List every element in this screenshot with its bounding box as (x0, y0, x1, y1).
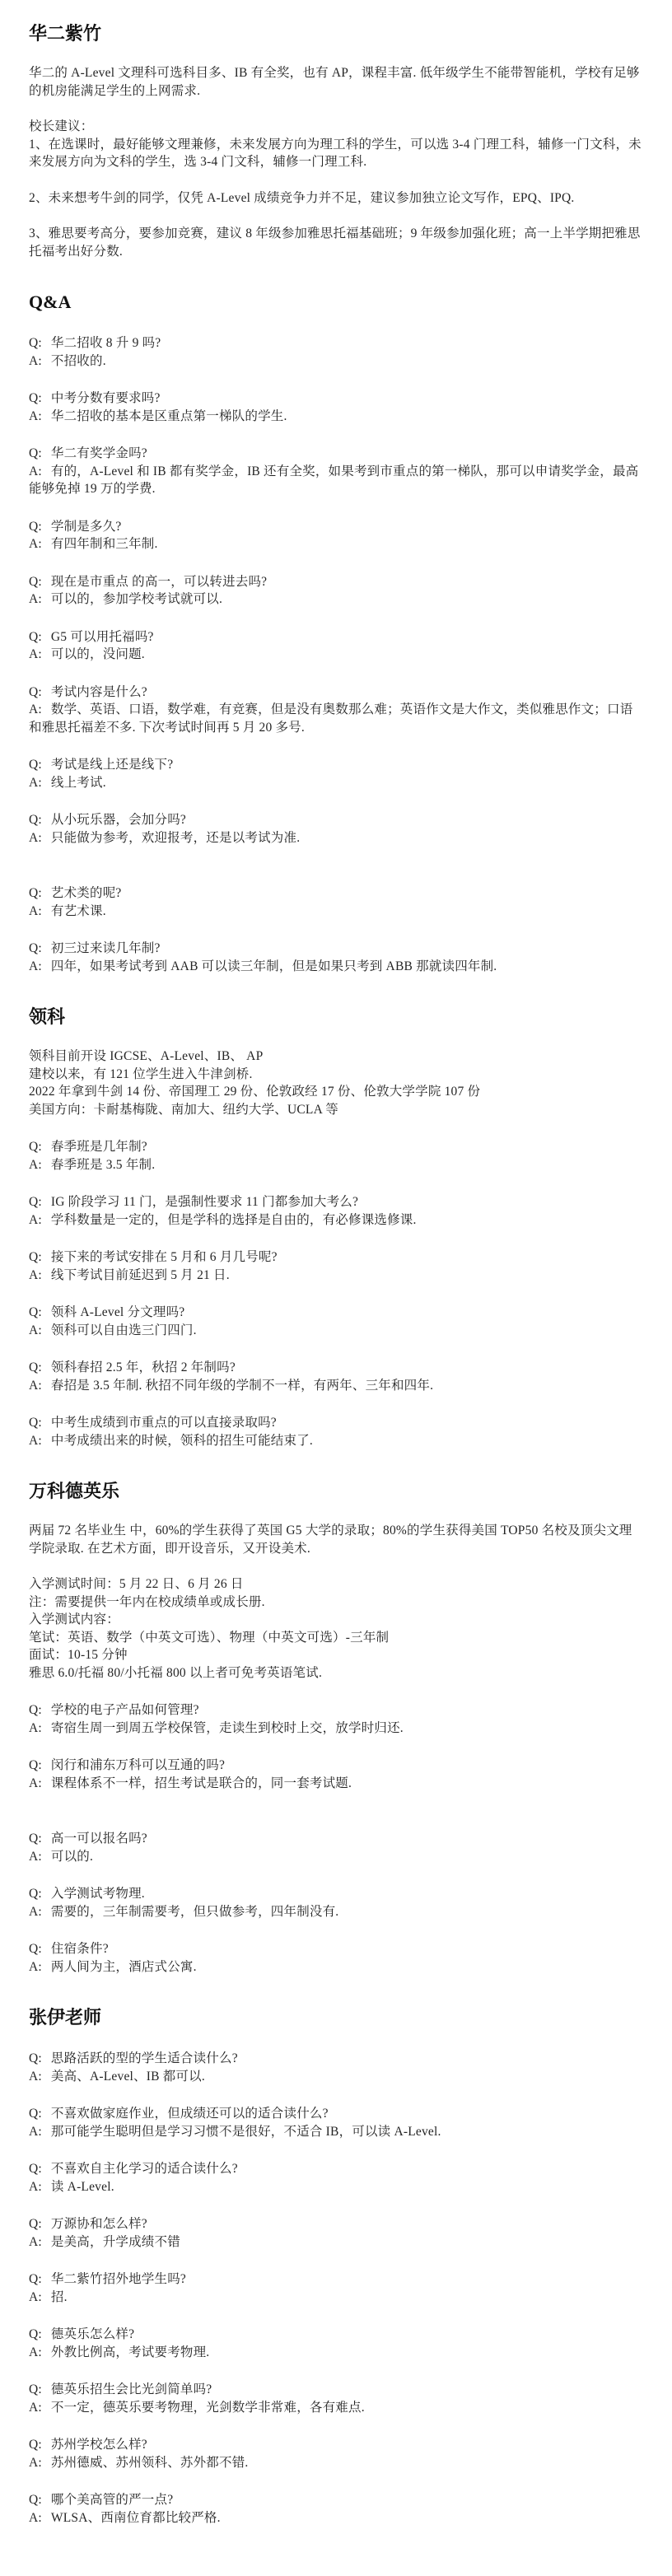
question-label: Q: (29, 1942, 42, 1956)
answer-row: A:学科数量是一定的，但是学科的选择是自由的，有必修课选修课. (29, 1211, 645, 1230)
section-lingke: 领科领科目前开设 IGCSE、A-Level、IB、 AP建校以来，有 121 … (29, 1005, 645, 1449)
question-label: Q: (29, 813, 42, 827)
answer-label: A: (29, 959, 42, 973)
question-label: Q: (29, 1250, 42, 1264)
answer-label: A: (29, 1776, 42, 1790)
question-text: 考试是线上还是线下? (51, 758, 173, 772)
question-label: Q: (29, 336, 42, 350)
answer-label: A: (29, 592, 42, 606)
question-label: Q: (29, 1832, 42, 1846)
text-line: 1、在选课时，最好能够文理兼修，未来发展方向为理工科的学生，可以选 3-4 门理… (29, 136, 645, 171)
answer-row: A:不一定，德英乐要考物理，光剑数学非常难，各有难点. (29, 2399, 645, 2417)
qa-item: Q:华二有奖学金吗?A:有的，A-Level 和 IB 都有奖学金，IB 还有全… (29, 445, 645, 498)
qa-item: Q:现在是市重点 的高一，可以转进去吗?A:可以的，参加学校考试就可以. (29, 573, 645, 609)
question-text: 现在是市重点 的高一，可以转进去吗? (51, 575, 267, 589)
section-huaer-zizhu: 华二紫竹华二的 A-Level 文理科可选科目多、IB 有全奖，也有 AP，课程… (29, 21, 645, 260)
qa-item: Q:不喜欢自主化学习的适合读什么?A:读 A-Level. (29, 2160, 645, 2196)
text-line: 2、未来想考牛剑的同学，仅凭 A-Level 成绩竞争力并不足，建议参加独立论文… (29, 189, 645, 208)
answer-label: A: (29, 409, 42, 423)
qa-item: Q:华二紫竹招外地学生吗?A:招. (29, 2270, 645, 2306)
qa-item: Q:接下来的考试安排在 5 月和 6 月几号呢?A:线下考试目前延迟到 5 月 … (29, 1248, 645, 1284)
answer-text: 是美高，升学成绩不错 (51, 2235, 180, 2249)
question-text: 思路活跃的型的学生适合读什么? (51, 2051, 238, 2065)
question-row: Q:考试是线上还是线下? (29, 756, 645, 774)
text-line: 入学测试时间：5 月 22 日、6 月 26 日 (29, 1575, 645, 1594)
answer-row: A:那可能学生聪明但是学习习惯不是很好，不适合 IB，可以读 A-Level. (29, 2123, 645, 2141)
section-title-lingke: 领科 (29, 1005, 645, 1029)
answer-text: 不招收的. (51, 354, 106, 368)
answer-label: A: (29, 831, 42, 845)
answer-row: A:有艺术课. (29, 903, 645, 921)
answer-row: A:外教比例高，考试要考物理. (29, 2344, 645, 2362)
answer-row: A:只能做为参考，欢迎报考，还是以考试为准. (29, 829, 645, 847)
question-row: Q:哪个美高管的严一点? (29, 2491, 645, 2509)
question-row: Q:艺术类的呢? (29, 884, 645, 903)
answer-row: A:读 A-Level. (29, 2178, 645, 2196)
qa-item: Q:领科 A-Level 分文理吗?A:领科可以自由选三门四门. (29, 1304, 645, 1339)
qa-item: Q:德英乐怎么样?A:外教比例高，考试要考物理. (29, 2326, 645, 2361)
question-text: 德英乐怎么样? (51, 2327, 134, 2341)
qa-item: Q:万源协和怎么样?A:是美高，升学成绩不错 (29, 2215, 645, 2251)
answer-row: A:有四年制和三年制. (29, 535, 645, 553)
question-label: Q: (29, 758, 42, 772)
answer-label: A: (29, 1213, 42, 1227)
qa-item: Q:华二招收 8 升 9 吗?A:不招收的. (29, 334, 645, 370)
answer-row: A:美高、A-Level、IB 都可以. (29, 2068, 645, 2086)
question-label: Q: (29, 446, 42, 460)
answer-label: A: (29, 776, 42, 790)
answer-text: 中考成绩出来的时候，领科的招生可能结束了. (51, 1434, 313, 1448)
answer-label: A: (29, 2235, 42, 2249)
answer-text: 只能做为参考，欢迎报考，还是以考试为准. (51, 831, 300, 845)
question-row: Q:学校的电子产品如何管理? (29, 1701, 645, 1720)
question-label: Q: (29, 1416, 42, 1430)
question-row: Q:华二招收 8 升 9 吗? (29, 334, 645, 352)
answer-row: A:招. (29, 2289, 645, 2307)
text-line: 雅思 6.0/托福 80/小托福 800 以上者可免考英语笔试. (29, 1664, 645, 1682)
section-title-huaer-zizhu: 华二紫竹 (29, 21, 645, 46)
answer-label: A: (29, 2180, 42, 2194)
answer-text: 线上考试. (51, 776, 106, 790)
answer-label: A: (29, 2456, 42, 2470)
question-row: Q:接下来的考试安排在 5 月和 6 月几号呢? (29, 1248, 645, 1267)
question-text: 德英乐招生会比光剑简单吗? (51, 2382, 212, 2396)
qa-item: Q:从小玩乐器，会加分吗?A:只能做为参考，欢迎报考，还是以考试为准. (29, 811, 645, 847)
question-row: Q:思路活跃的型的学生适合读什么? (29, 2050, 645, 2068)
question-row: Q:不喜欢自主化学习的适合读什么? (29, 2160, 645, 2178)
answer-label: A: (29, 904, 42, 918)
question-row: Q:IG 阶段学习 11 门，是强制性要求 11 门都参加大考么? (29, 1193, 645, 1211)
answer-text: 课程体系不一样，招生考试是联合的，同一套考试题. (51, 1776, 352, 1790)
answer-text: 有艺术课. (51, 904, 106, 918)
paragraph: 华二的 A-Level 文理科可选科目多、IB 有全奖，也有 AP，课程丰富. … (29, 64, 645, 100)
answer-text: 需要的，三年制需要考，但只做参考，四年制没有. (51, 1905, 338, 1919)
answer-text: 美高、A-Level、IB 都可以. (51, 2070, 205, 2084)
question-row: Q:华二有奖学金吗? (29, 445, 645, 463)
answer-row: A:春季班是 3.5 年制. (29, 1156, 645, 1174)
question-label: Q: (29, 1360, 42, 1374)
question-row: Q:考试内容是什么? (29, 684, 645, 702)
answer-label: A: (29, 2345, 42, 2359)
qa-item: Q:苏州学校怎么样?A:苏州德威、苏州领科、苏外都不错. (29, 2436, 645, 2471)
answer-text: WLSA、西南位育都比较严格. (51, 2511, 221, 2525)
question-text: 考试内容是什么? (51, 685, 147, 699)
question-row: Q:高一可以报名吗? (29, 1830, 645, 1848)
question-text: G5 可以用托福吗? (51, 630, 154, 644)
text-line: 两届 72 名毕业生 中，60%的学生获得了英国 G5 大学的录取；80%的学生… (29, 1522, 645, 1557)
answer-text: 不一定，德英乐要考物理，光剑数学非常难，各有难点. (51, 2401, 365, 2415)
qa-item: Q:入学测试考物理.A:需要的，三年制需要考，但只做参考，四年制没有. (29, 1885, 645, 1920)
question-label: Q: (29, 941, 42, 955)
qa-item: Q:春季班是几年制?A:春季班是 3.5 年制. (29, 1138, 645, 1174)
answer-row: A:可以的，没问题. (29, 646, 645, 664)
qa-item: Q:不喜欢做家庭作业，但成绩还可以的适合读什么?A:那可能学生聪明但是学习习惯不… (29, 2105, 645, 2140)
paragraph: 校长建议：1、在选课时，最好能够文理兼修，未来发展方向为理工科的学生，可以选 3… (29, 118, 645, 171)
question-label: Q: (29, 1195, 42, 1209)
answer-text: 学科数量是一定的，但是学科的选择是自由的，有必修课选修课. (51, 1213, 417, 1227)
answer-text: 线下考试目前延迟到 5 月 21 日. (51, 1268, 230, 1282)
question-text: 领科春招 2.5 年，秋招 2 年制吗? (51, 1360, 236, 1374)
question-row: Q:现在是市重点 的高一，可以转进去吗? (29, 573, 645, 591)
question-text: 万源协和怎么样? (51, 2217, 147, 2231)
question-row: Q:德英乐怎么样? (29, 2326, 645, 2344)
answer-label: A: (29, 1158, 42, 1172)
answer-text: 可以的，参加学校考试就可以. (51, 592, 222, 606)
question-label: Q: (29, 886, 42, 900)
text-line: 美国方向：卡耐基梅陇、南加大、纽约大学、UCLA 等 (29, 1101, 645, 1119)
answer-row: A:苏州德威、苏州领科、苏外都不错. (29, 2454, 645, 2472)
qa-item: Q:考试内容是什么?A:数学、英语、口语，数学难，有竞赛，但是没有奥数那么难；英… (29, 684, 645, 737)
question-label: Q: (29, 2327, 42, 2341)
question-text: 学制是多久? (51, 520, 122, 534)
answer-row: A:可以的. (29, 1848, 645, 1866)
answer-row: A:两人间为主，酒店式公寓. (29, 1958, 645, 1976)
question-text: 艺术类的呢? (51, 886, 122, 900)
qa-item: Q:考试是线上还是线下?A:线上考试. (29, 756, 645, 791)
answer-row: A:领科可以自由选三门四门. (29, 1322, 645, 1340)
answer-row: A:华二招收的基本是区重点第一梯队的学生. (29, 408, 645, 426)
text-line: 面试：10-15 分钟 (29, 1646, 645, 1664)
answer-row: A:线下考试目前延迟到 5 月 21 日. (29, 1267, 645, 1285)
answer-row: A:寄宿生周一到周五学校保管，走读生到校时上交，放学时归还. (29, 1720, 645, 1738)
paragraph: 2、未来想考牛剑的同学，仅凭 A-Level 成绩竞争力并不足，建议参加独立论文… (29, 189, 645, 208)
question-row: Q:学制是多久? (29, 518, 645, 536)
qa-item: Q:学校的电子产品如何管理?A:寄宿生周一到周五学校保管，走读生到校时上交，放学… (29, 1701, 645, 1737)
question-row: Q:中考分数有要求吗? (29, 390, 645, 408)
answer-row: A:数学、英语、口语，数学难，有竞赛，但是没有奥数那么难；英语作文是大作文，类似… (29, 701, 645, 736)
question-label: Q: (29, 2382, 42, 2396)
qa-item: Q:德英乐招生会比光剑简单吗?A:不一定，德英乐要考物理，光剑数学非常难，各有难… (29, 2381, 645, 2416)
answer-text: 春季班是 3.5 年制. (51, 1158, 155, 1172)
question-label: Q: (29, 2051, 42, 2065)
question-label: Q: (29, 2438, 42, 2452)
question-row: Q:住宿条件? (29, 1940, 645, 1958)
answer-label: A: (29, 1434, 42, 1448)
answer-text: 外教比例高，考试要考物理. (51, 2345, 209, 2359)
question-text: 中考分数有要求吗? (51, 391, 161, 405)
answer-row: A:WLSA、西南位育都比较严格. (29, 2509, 645, 2527)
text-line: 3、雅思要考高分，要参加竞赛，建议 8 年级参加雅思托福基础班；9 年级参加强化… (29, 225, 645, 260)
document: 华二紫竹华二的 A-Level 文理科可选科目多、IB 有全奖，也有 AP，课程… (0, 0, 672, 2576)
answer-row: A:春招是 3.5 年制. 秋招不同年级的学制不一样，有两年、三年和四年. (29, 1377, 645, 1395)
answer-label: A: (29, 537, 42, 551)
answer-label: A: (29, 702, 42, 716)
answer-label: A: (29, 2401, 42, 2415)
section-qa: Q&AQ:华二招收 8 升 9 吗?A:不招收的.Q:中考分数有要求吗?A:华二… (29, 290, 645, 975)
answer-label: A: (29, 1960, 42, 1974)
question-row: Q:闵行和浦东万科可以互通的吗? (29, 1757, 645, 1775)
qa-item: Q:G5 可以用托福吗?A:可以的，没问题. (29, 628, 645, 664)
qa-item: Q:领科春招 2.5 年，秋招 2 年制吗?A:春招是 3.5 年制. 秋招不同… (29, 1359, 645, 1394)
question-label: Q: (29, 2107, 42, 2121)
answer-text: 领科可以自由选三门四门. (51, 1323, 197, 1337)
text-line: 2022 年拿到牛剑 14 份、帝国理工 29 份、伦敦政经 17 份、伦敦大学… (29, 1083, 645, 1101)
answer-label: A: (29, 1379, 42, 1393)
answer-text: 可以的. (51, 1850, 93, 1864)
question-row: Q:入学测试考物理. (29, 1885, 645, 1903)
answer-text: 招. (51, 2290, 68, 2304)
answer-label: A: (29, 1721, 42, 1735)
question-label: Q: (29, 1305, 42, 1319)
question-label: Q: (29, 1703, 42, 1717)
question-row: Q:德英乐招生会比光剑简单吗? (29, 2381, 645, 2399)
qa-item: Q:闵行和浦东万科可以互通的吗?A:课程体系不一样，招生考试是联合的，同一套考试… (29, 1757, 645, 1792)
answer-label: A: (29, 1905, 42, 1919)
answer-text: 有的，A-Level 和 IB 都有奖学金，IB 还有全奖，如果考到市重点的第一… (29, 464, 638, 497)
question-row: Q:领科春招 2.5 年，秋招 2 年制吗? (29, 1359, 645, 1377)
answer-label: A: (29, 1323, 42, 1337)
question-text: 学校的电子产品如何管理? (51, 1703, 199, 1717)
question-row: Q:G5 可以用托福吗? (29, 628, 645, 646)
answer-text: 读 A-Level. (51, 2180, 114, 2194)
question-text: 中考生成绩到市重点的可以直接录取吗? (51, 1416, 277, 1430)
answer-text: 四年，如果考试考到 AAB 可以读三年制，但是如果只考到 ABB 那就读四年制. (51, 959, 497, 973)
answer-row: A:线上考试. (29, 774, 645, 792)
text-line: 入学测试内容： (29, 1611, 645, 1629)
question-label: Q: (29, 1758, 42, 1772)
question-row: Q:华二紫竹招外地学生吗? (29, 2270, 645, 2289)
answer-row: A:需要的，三年制需要考，但只做参考，四年制没有. (29, 1903, 645, 1921)
answer-text: 苏州德威、苏州领科、苏外都不错. (51, 2456, 249, 2470)
question-label: Q: (29, 575, 42, 589)
text-line: 笔试：英语、数学（中英文可选）、物理（中英文可选）-三年制 (29, 1629, 645, 1647)
text-line: 华二的 A-Level 文理科可选科目多、IB 有全奖，也有 AP，课程丰富. … (29, 64, 645, 100)
answer-text: 有四年制和三年制. (51, 537, 158, 551)
qa-item: Q:中考生成绩到市重点的可以直接录取吗?A:中考成绩出来的时候，领科的招生可能结… (29, 1414, 645, 1449)
question-row: Q:不喜欢做家庭作业，但成绩还可以的适合读什么? (29, 2105, 645, 2123)
question-row: Q:初三过来读几年制? (29, 940, 645, 958)
question-text: 闵行和浦东万科可以互通的吗? (51, 1758, 225, 1772)
answer-text: 寄宿生周一到周五学校保管，走读生到校时上交，放学时归还. (51, 1721, 404, 1735)
question-label: Q: (29, 391, 42, 405)
paragraph: 两届 72 名毕业生 中，60%的学生获得了英国 G5 大学的录取；80%的学生… (29, 1522, 645, 1557)
question-label: Q: (29, 2217, 42, 2231)
answer-row: A:有的，A-Level 和 IB 都有奖学金，IB 还有全奖，如果考到市重点的… (29, 463, 645, 498)
answer-label: A: (29, 2290, 42, 2304)
qa-item: Q:艺术类的呢?A:有艺术课. (29, 884, 645, 920)
question-row: Q:春季班是几年制? (29, 1138, 645, 1156)
qa-item: Q:学制是多久?A:有四年制和三年制. (29, 518, 645, 553)
text-line: 领科目前开设 IGCSE、A-Level、IB、 AP (29, 1048, 645, 1066)
qa-item: Q:思路活跃的型的学生适合读什么?A:美高、A-Level、IB 都可以. (29, 2050, 645, 2085)
answer-row: A:可以的，参加学校考试就可以. (29, 590, 645, 609)
question-text: 住宿条件? (51, 1942, 109, 1956)
question-text: 苏州学校怎么样? (51, 2438, 147, 2452)
question-text: 春季班是几年制? (51, 1140, 147, 1154)
question-label: Q: (29, 1140, 42, 1154)
question-text: 从小玩乐器，会加分吗? (51, 813, 186, 827)
qa-item: Q:IG 阶段学习 11 门，是强制性要求 11 门都参加大考么?A:学科数量是… (29, 1193, 645, 1229)
answer-row: A:课程体系不一样，招生考试是联合的，同一套考试题. (29, 1775, 645, 1793)
question-label: Q: (29, 2162, 42, 2176)
section-title-wanke-deyingle: 万科德英乐 (29, 1479, 645, 1504)
answer-label: A: (29, 464, 42, 478)
section-zhangyi-laoshi: 张伊老师Q:思路活跃的型的学生适合读什么?A:美高、A-Level、IB 都可以… (29, 2005, 645, 2527)
question-text: 华二招收 8 升 9 吗? (51, 336, 161, 350)
answer-label: A: (29, 2511, 42, 2525)
question-row: Q:从小玩乐器，会加分吗? (29, 811, 645, 829)
text-line: 校长建议： (29, 118, 645, 136)
question-row: Q:中考生成绩到市重点的可以直接录取吗? (29, 1414, 645, 1432)
question-label: Q: (29, 685, 42, 699)
question-label: Q: (29, 1887, 42, 1901)
answer-label: A: (29, 1850, 42, 1864)
paragraph: 领科目前开设 IGCSE、A-Level、IB、 AP建校以来，有 121 位学… (29, 1048, 645, 1118)
answer-row: A:是美高，升学成绩不错 (29, 2233, 645, 2252)
question-row: Q:万源协和怎么样? (29, 2215, 645, 2233)
question-label: Q: (29, 2493, 42, 2507)
question-row: Q:领科 A-Level 分文理吗? (29, 1304, 645, 1322)
question-label: Q: (29, 520, 42, 534)
answer-row: A:中考成绩出来的时候，领科的招生可能结束了. (29, 1432, 645, 1450)
answer-text: 两人间为主，酒店式公寓. (51, 1960, 197, 1974)
question-label: Q: (29, 2272, 42, 2286)
question-text: 不喜欢自主化学习的适合读什么? (51, 2162, 238, 2176)
section-wanke-deyingle: 万科德英乐两届 72 名毕业生 中，60%的学生获得了英国 G5 大学的录取；8… (29, 1479, 645, 1976)
qa-item: Q:哪个美高管的严一点?A:WLSA、西南位育都比较严格. (29, 2491, 645, 2527)
paragraph: 入学测试时间：5 月 22 日、6 月 26 日注：需要提供一年内在校成绩单或成… (29, 1575, 645, 1682)
question-text: 接下来的考试安排在 5 月和 6 月几号呢? (51, 1250, 278, 1264)
question-text: IG 阶段学习 11 门，是强制性要求 11 门都参加大考么? (51, 1195, 358, 1209)
question-text: 入学测试考物理. (51, 1887, 145, 1901)
answer-label: A: (29, 2070, 42, 2084)
answer-row: A:四年，如果考试考到 AAB 可以读三年制，但是如果只考到 ABB 那就读四年… (29, 958, 645, 976)
answer-text: 数学、英语、口语，数学难，有竞赛，但是没有奥数那么难；英语作文是大作文，类似雅思… (29, 702, 632, 735)
answer-text: 可以的，没问题. (51, 647, 145, 661)
text-line: 注：需要提供一年内在校成绩单或成长册. (29, 1594, 645, 1612)
question-text: 高一可以报名吗? (51, 1832, 147, 1846)
question-text: 华二有奖学金吗? (51, 446, 147, 460)
question-label: Q: (29, 630, 42, 644)
qa-item: Q:中考分数有要求吗?A:华二招收的基本是区重点第一梯队的学生. (29, 390, 645, 425)
answer-label: A: (29, 647, 42, 661)
question-text: 初三过来读几年制? (51, 941, 161, 955)
paragraph: 3、雅思要考高分，要参加竞赛，建议 8 年级参加雅思托福基础班；9 年级参加强化… (29, 225, 645, 260)
qa-item: Q:初三过来读几年制?A:四年，如果考试考到 AAB 可以读三年制，但是如果只考… (29, 940, 645, 975)
question-text: 华二紫竹招外地学生吗? (51, 2272, 186, 2286)
answer-label: A: (29, 2125, 42, 2139)
answer-label: A: (29, 1268, 42, 1282)
page: { "page": { "background": "#ffffff", "te… (0, 0, 672, 2576)
qa-item: Q:高一可以报名吗?A:可以的. (29, 1830, 645, 1865)
answer-label: A: (29, 354, 42, 368)
qa-item: Q:住宿条件?A:两人间为主，酒店式公寓. (29, 1940, 645, 1976)
question-row: Q:苏州学校怎么样? (29, 2436, 645, 2454)
answer-row: A:不招收的. (29, 352, 645, 371)
section-title-qa: Q&A (29, 290, 645, 315)
question-text: 哪个美高管的严一点? (51, 2493, 173, 2507)
question-text: 领科 A-Level 分文理吗? (51, 1305, 184, 1319)
answer-text: 那可能学生聪明但是学习习惯不是很好，不适合 IB，可以读 A-Level. (51, 2125, 441, 2139)
answer-text: 华二招收的基本是区重点第一梯队的学生. (51, 409, 287, 423)
text-line: 建校以来，有 121 位学生进入牛津剑桥. (29, 1066, 645, 1084)
question-text: 不喜欢做家庭作业，但成绩还可以的适合读什么? (51, 2107, 329, 2121)
section-title-zhangyi-laoshi: 张伊老师 (29, 2005, 645, 2030)
answer-text: 春招是 3.5 年制. 秋招不同年级的学制不一样，有两年、三年和四年. (51, 1379, 433, 1393)
